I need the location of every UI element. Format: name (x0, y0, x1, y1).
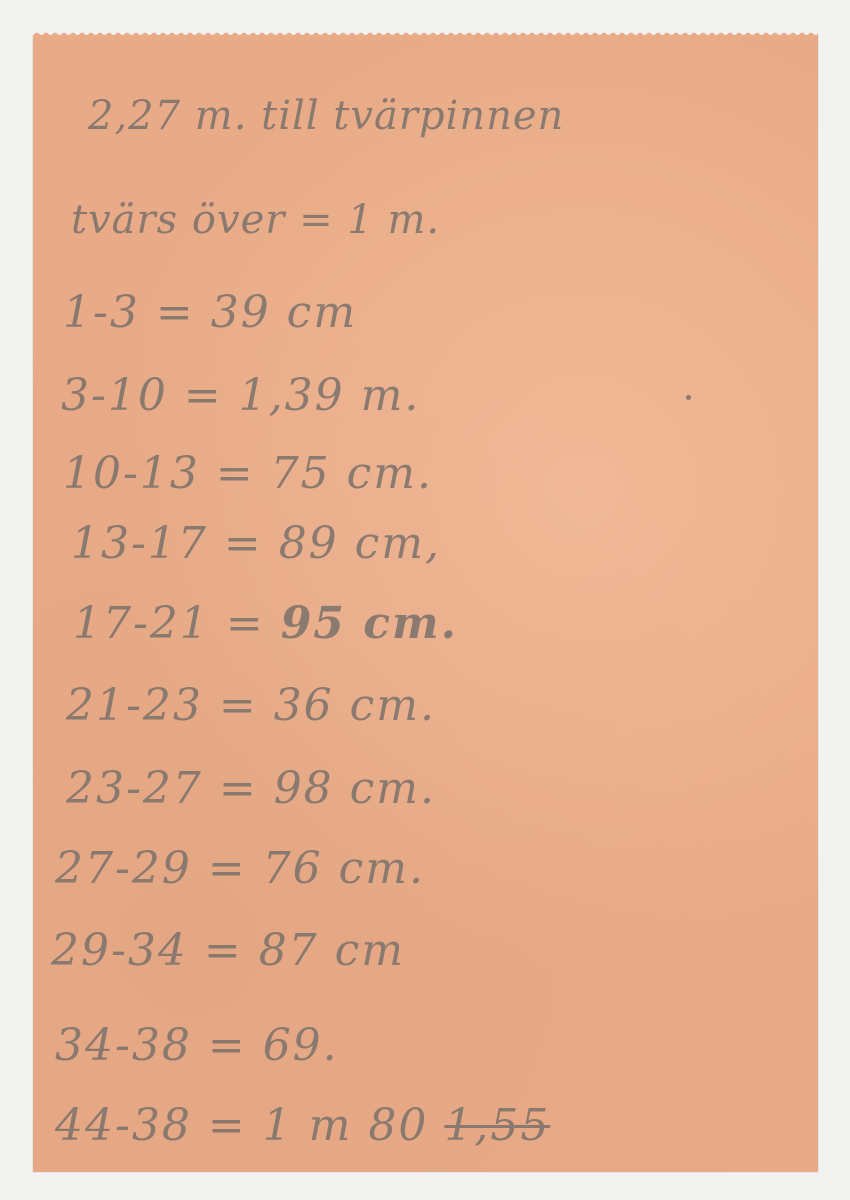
entry-range: 34-38 (55, 1020, 192, 1071)
entry-value: 39 cm (211, 287, 357, 338)
entry-1: 1-3 = 39 cm (63, 287, 357, 338)
entry-value: 75 cm. (271, 448, 433, 499)
entry-range: 27-29 (55, 843, 192, 894)
struck-value: 1,55 (444, 1100, 550, 1151)
entry-8: 27-29 = 76 cm. (55, 843, 425, 894)
entry-value: 76 cm. (263, 843, 425, 894)
entry-value: 1 m 80 (263, 1100, 429, 1151)
note-paper: 2,27 m. till tvärpinnen tvärs över = 1 m… (33, 35, 818, 1172)
entry-range: 17-21 (73, 598, 210, 649)
entry-2: 3-10 = 1,39 m. (61, 370, 420, 421)
entry-range: 44-38 (55, 1100, 192, 1151)
entry-value: 1,39 m. (239, 370, 421, 421)
entry-9: 29-34 = 87 cm (51, 925, 405, 976)
entry-range: 3-10 (61, 370, 168, 421)
entry-11: 44-38 = 1 m 80 1,55 (55, 1100, 550, 1151)
entry-5: 17-21 = 95 cm. (73, 598, 458, 649)
entry-value: 89 cm, (279, 518, 441, 569)
entry-4: 13-17 = 89 cm, (71, 518, 441, 569)
entry-3: 10-13 = 75 cm. (63, 448, 433, 499)
entry-value: 98 cm. (274, 763, 436, 814)
entry-value: 87 cm (259, 925, 405, 976)
header-line-2: tvärs över = 1 m. (71, 197, 440, 243)
paper-speck (686, 395, 691, 400)
header-line-1: 2,27 m. till tvärpinnen (88, 93, 564, 139)
entry-range: 21-23 (66, 680, 203, 731)
entry-7: 23-27 = 98 cm. (66, 763, 436, 814)
entry-range: 29-34 (51, 925, 188, 976)
entry-range: 23-27 (66, 763, 203, 814)
entry-range: 13-17 (71, 518, 208, 569)
entry-range: 1-3 (63, 287, 140, 338)
entry-value: 36 cm. (274, 680, 436, 731)
entry-range: 10-13 (63, 448, 200, 499)
entry-value: 95 cm. (281, 598, 458, 649)
entry-10: 34-38 = 69. (55, 1020, 339, 1071)
entry-6: 21-23 = 36 cm. (66, 680, 436, 731)
entry-value: 69. (263, 1020, 339, 1071)
